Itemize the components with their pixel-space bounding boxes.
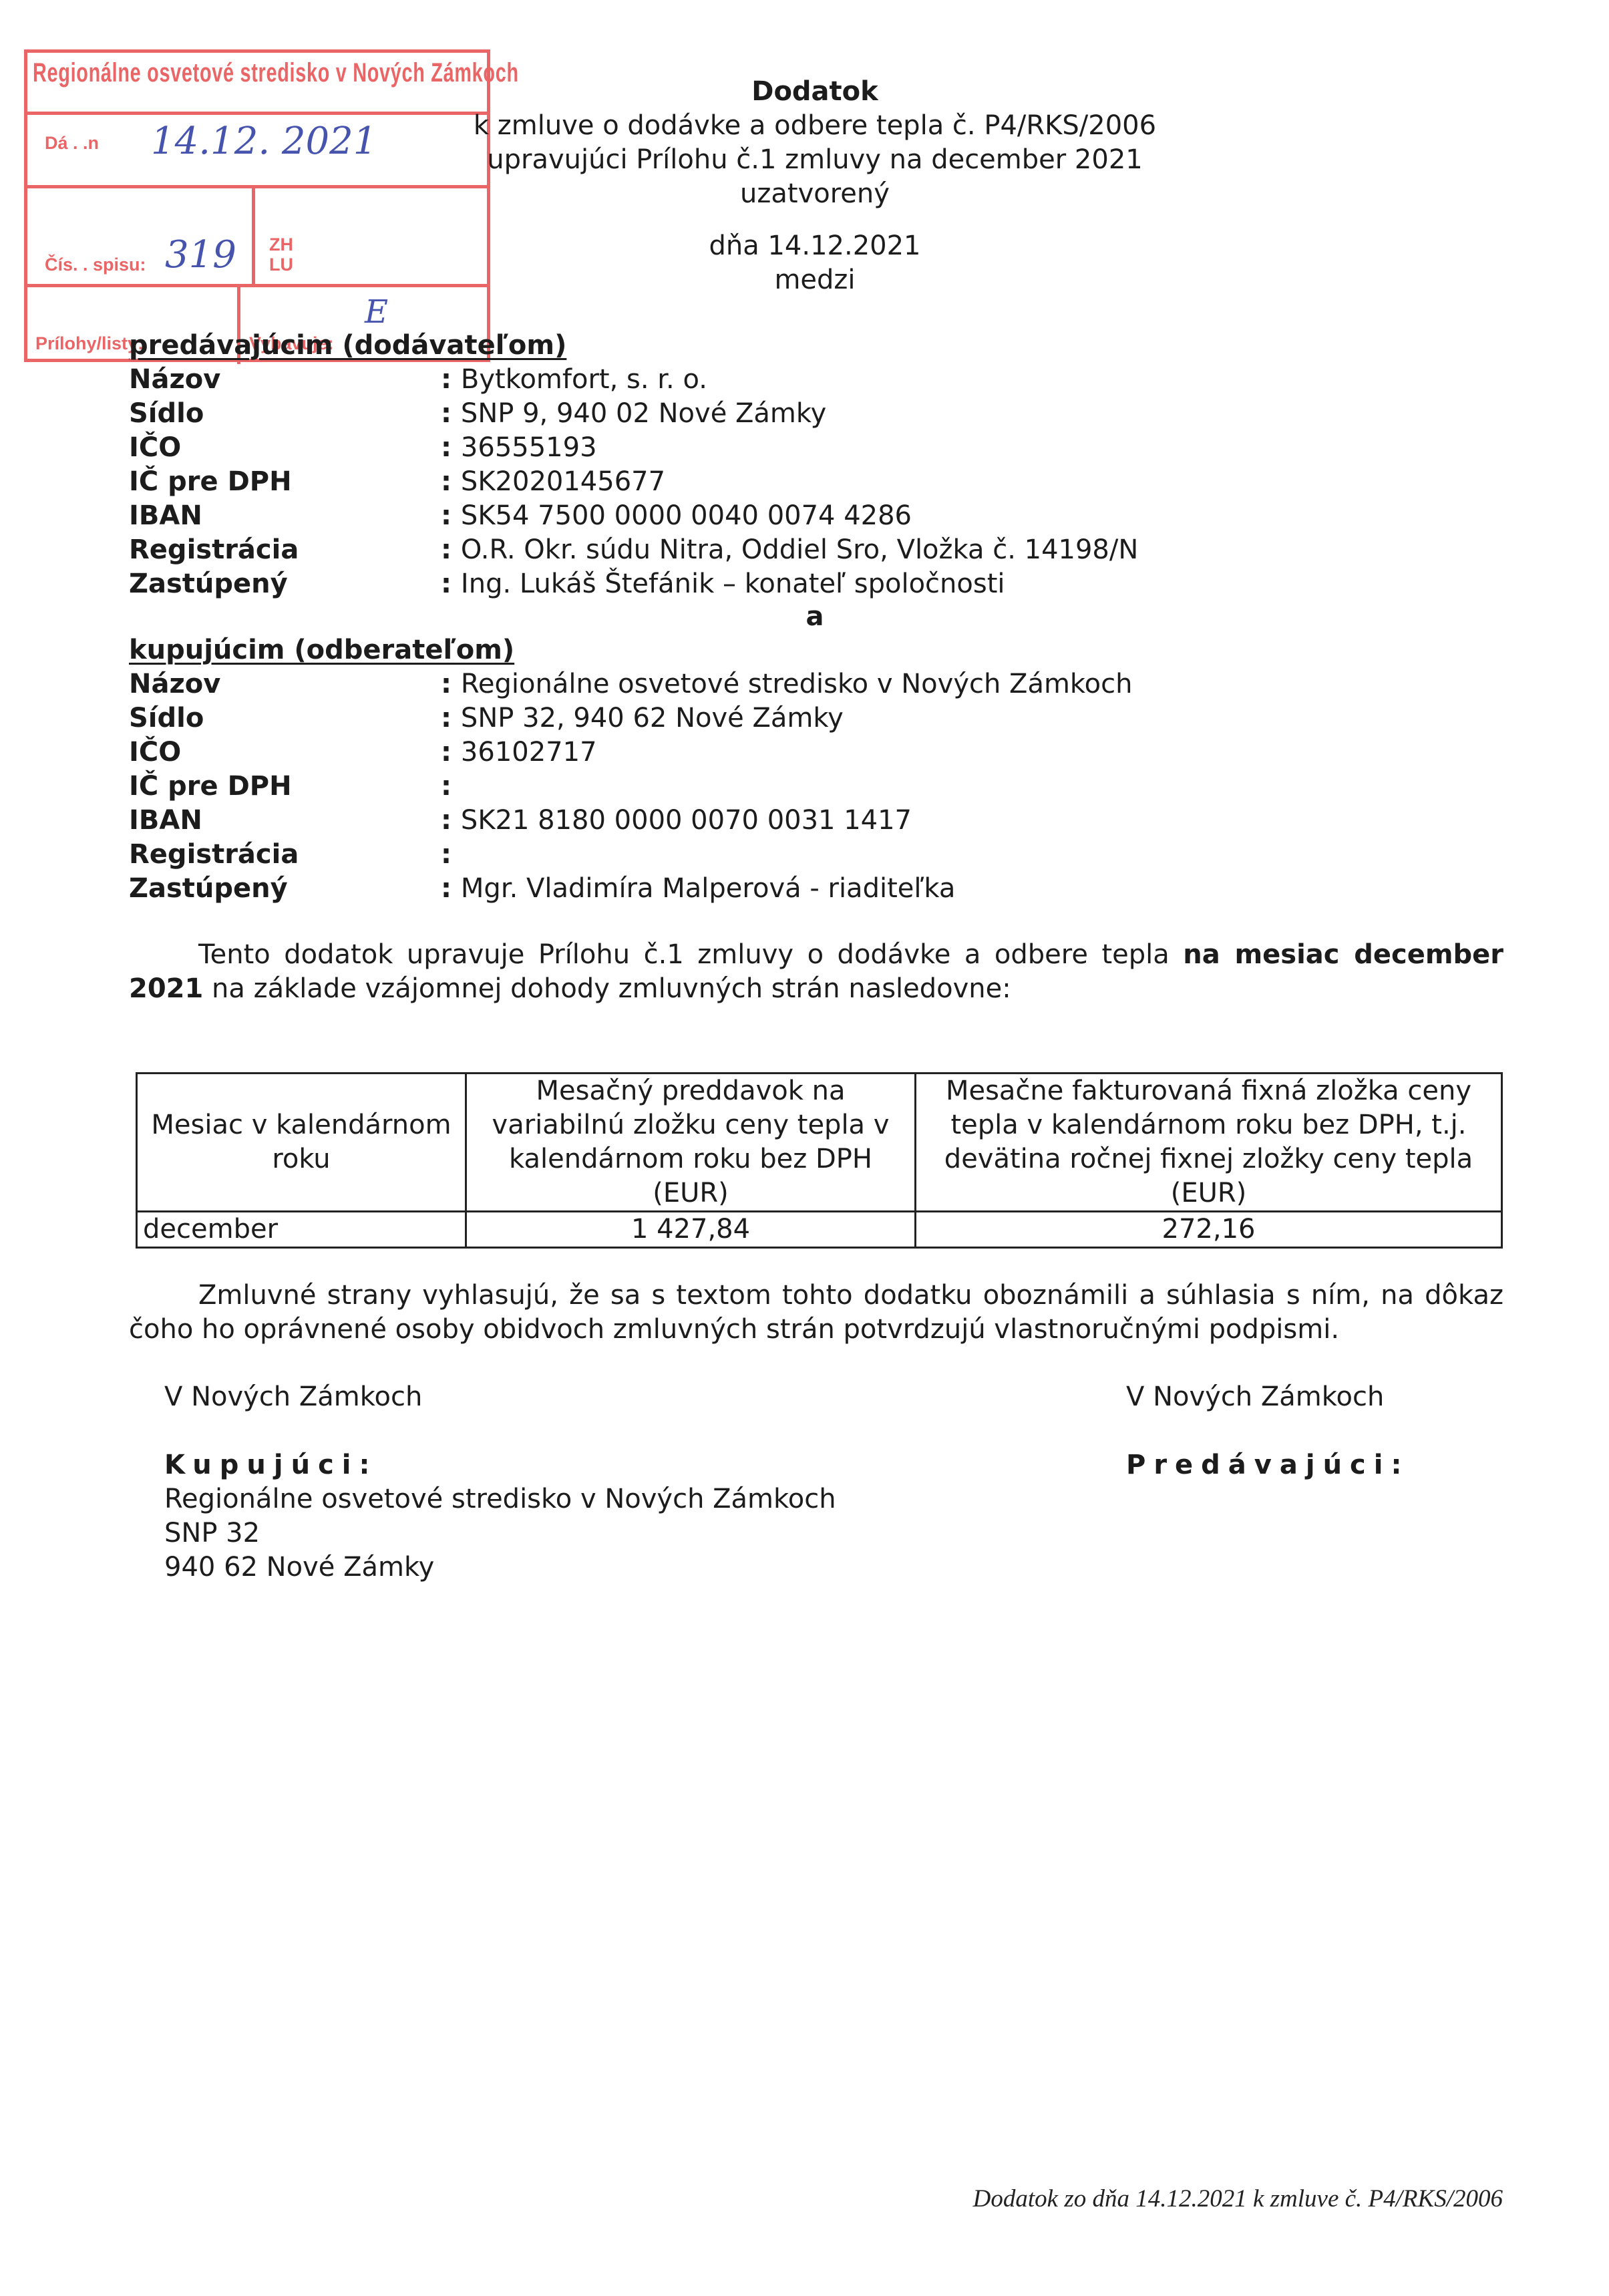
field-label: Sídlo: [129, 701, 441, 735]
intro-text-1: Tento dodatok upravuje Prílohu č.1 zmluv…: [198, 939, 1183, 970]
field-value: SNP 9, 940 02 Nové Zámky: [441, 397, 826, 431]
supplier-row: IČO36555193: [129, 431, 1498, 465]
header-line-3: uzatvorený: [427, 177, 1202, 211]
table-cell-fixed: 272,16: [916, 1212, 1502, 1248]
supplier-section: predávajúcim (dodávateľom) NázovBytkomfo…: [129, 329, 1498, 601]
field-value: 36555193: [441, 431, 597, 465]
intro-text-2: na základe vzájomnej dohody zmluvných st…: [203, 973, 1011, 1004]
table-cell-variable: 1 427,84: [466, 1212, 916, 1248]
table-cell-month: december: [137, 1212, 466, 1248]
seller-place: V Nových Zámkoch: [1126, 1380, 1409, 1414]
field-label: Názov: [129, 363, 441, 397]
buyer-signature-block: V Nových Zámkoch Kupujúci: Regionálne os…: [164, 1380, 836, 1585]
buyer-role: Kupujúci:: [164, 1448, 836, 1482]
seller-signature-block: V Nových Zámkoch Predávajúci:: [1126, 1380, 1409, 1482]
field-value: Mgr. Vladimíra Malperová - riaditeľka: [441, 872, 955, 906]
field-label: IČO: [129, 431, 441, 465]
field-value: SNP 32, 940 62 Nové Zámky: [441, 701, 844, 735]
field-label: Názov: [129, 667, 441, 701]
stamp-handler-handwritten: E: [365, 293, 388, 331]
field-label: Zastúpený: [129, 872, 441, 906]
buyer-sign-line: 940 62 Nové Zámky: [164, 1550, 836, 1585]
stamp-code-1: ZH: [269, 234, 293, 255]
field-value: SK21 8180 0000 0070 0031 1417: [441, 804, 912, 838]
field-value: Bytkomfort, s. r. o.: [441, 363, 707, 397]
field-label: Registrácia: [129, 838, 441, 872]
field-label: IČ pre DPH: [129, 465, 441, 499]
buyer-row: Registrácia: [129, 838, 1498, 872]
field-label: IČ pre DPH: [129, 770, 441, 804]
stamp-code-2: LU: [269, 255, 293, 275]
field-value: SK54 7500 0000 0040 0074 4286: [441, 499, 912, 533]
supplier-row: SídloSNP 9, 940 02 Nové Zámky: [129, 397, 1498, 431]
field-value: 36102717: [441, 735, 597, 770]
stamp-number-label: Čís. . spisu:: [45, 255, 146, 275]
buyer-heading: kupujúcim (odberateľom): [129, 633, 1498, 667]
supplier-heading: predávajúcim (dodávateľom): [129, 329, 1498, 363]
header-date: dňa 14.12.2021: [427, 229, 1202, 263]
supplier-row: RegistráciaO.R. Okr. súdu Nitra, Oddiel …: [129, 533, 1498, 567]
closing-text: Zmluvné strany vyhlasujú, že sa s textom…: [129, 1280, 1503, 1345]
price-table: Mesiac v kalendárnom roku Mesačný predda…: [136, 1072, 1503, 1249]
header-line-1: k zmluve o dodávke a odbere tepla č. P4/…: [427, 109, 1202, 143]
column-header: Mesačne fakturovaná fixná zložka ceny te…: [916, 1074, 1502, 1212]
buyer-row: IBANSK21 8180 0000 0070 0031 1417: [129, 804, 1498, 838]
column-header: Mesačný preddavok na variabilnú zložku c…: [466, 1074, 916, 1212]
stamp-organization: Regionálne osvetové stredisko v Nových Z…: [33, 58, 355, 88]
buyer-row: SídloSNP 32, 940 62 Nové Zámky: [129, 701, 1498, 735]
field-value: Regionálne osvetové stredisko v Nových Z…: [441, 667, 1133, 701]
table-header-row: Mesiac v kalendárnom roku Mesačný predda…: [137, 1074, 1502, 1212]
intro-paragraph: Tento dodatok upravuje Prílohu č.1 zmluv…: [129, 938, 1503, 1006]
column-header: Mesiac v kalendárnom roku: [137, 1074, 466, 1212]
field-value: Ing. Lukáš Štefánik – konateľ spoločnost…: [441, 567, 1005, 601]
stamp-number-handwritten: 319: [165, 233, 236, 277]
table-row: december 1 427,84 272,16: [137, 1212, 1502, 1248]
buyer-row: IČ pre DPH: [129, 770, 1498, 804]
supplier-row: ZastúpenýIng. Lukáš Štefánik – konateľ s…: [129, 567, 1498, 601]
header-line-2: upravujúci Prílohu č.1 zmluvy na decembe…: [427, 143, 1202, 177]
supplier-row: IČ pre DPHSK2020145677: [129, 465, 1498, 499]
field-label: Zastúpený: [129, 567, 441, 601]
stamp-date-label: Dá . .n: [45, 133, 99, 154]
buyer-row: ZastúpenýMgr. Vladimíra Malperová - riad…: [129, 872, 1498, 906]
buyer-sign-line: Regionálne osvetové stredisko v Nových Z…: [164, 1482, 836, 1516]
buyer-place: V Nových Zámkoch: [164, 1380, 836, 1414]
field-value: O.R. Okr. súdu Nitra, Oddiel Sro, Vložka…: [441, 533, 1138, 567]
parties-connector: a: [801, 601, 828, 632]
field-value: SK2020145677: [441, 465, 665, 499]
buyer-section: kupujúcim (odberateľom) NázovRegionálne …: [129, 633, 1498, 906]
document-title: Dodatok: [427, 75, 1202, 109]
buyer-row: NázovRegionálne osvetové stredisko v Nov…: [129, 667, 1498, 701]
supplier-row: IBANSK54 7500 0000 0040 0074 4286: [129, 499, 1498, 533]
field-label: IBAN: [129, 804, 441, 838]
field-label: Registrácia: [129, 533, 441, 567]
field-value: [441, 838, 452, 872]
page-footer: Dodatok zo dňa 14.12.2021 k zmluve č. P4…: [902, 2184, 1503, 2213]
field-label: IBAN: [129, 499, 441, 533]
field-label: IČO: [129, 735, 441, 770]
buyer-row: IČO36102717: [129, 735, 1498, 770]
stamp-date-handwritten: 14.12. 2021: [151, 120, 377, 163]
supplier-row: NázovBytkomfort, s. r. o.: [129, 363, 1498, 397]
field-label: Sídlo: [129, 397, 441, 431]
registry-stamp: Regionálne osvetové stredisko v Nových Z…: [24, 49, 490, 362]
closing-paragraph: Zmluvné strany vyhlasujú, že sa s textom…: [129, 1279, 1503, 1347]
document-header: Dodatok k zmluve o dodávke a odbere tepl…: [427, 75, 1202, 297]
field-value: [441, 770, 452, 804]
header-between: medzi: [427, 263, 1202, 297]
buyer-sign-line: SNP 32: [164, 1516, 836, 1550]
seller-role: Predávajúci:: [1126, 1448, 1409, 1482]
stamp-attachments-label: Prílohy/listy:: [35, 333, 144, 354]
